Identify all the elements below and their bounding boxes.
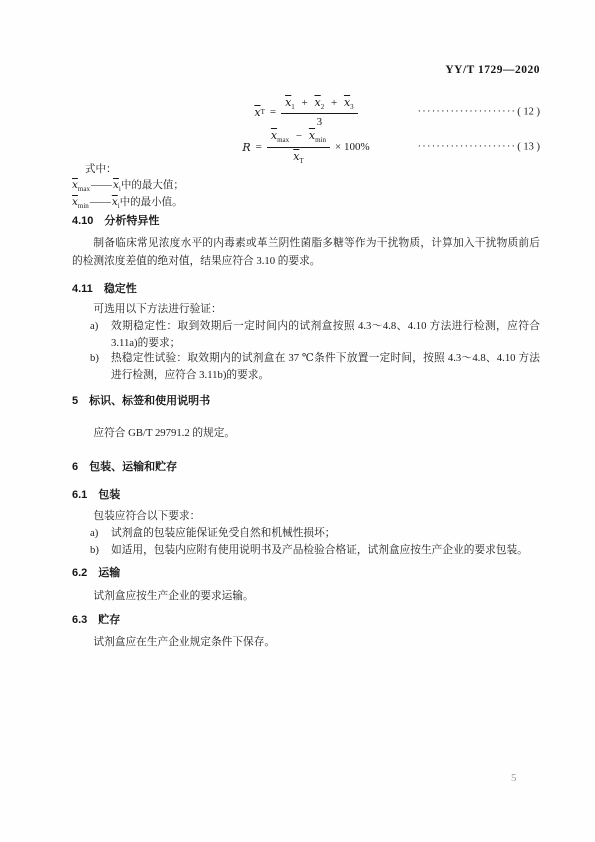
xbar-max-sub: max [277,137,289,145]
equals-sign: = [251,141,267,153]
formula-12: xT = x1 + x2 + x3 3 ····················… [72,94,540,130]
section-title: 标识、标签和使用说明书 [89,395,210,407]
list-item-label: b) [90,542,111,559]
section-title: 分析特异性 [104,215,159,227]
formula-13-expression: R = xmax − xmin xT × 100% [242,129,369,164]
symbol-definition-max: xmax——xi中的最大值； [72,177,184,193]
section-title: 包装 [98,489,120,501]
document-page: YY/T 1729—2020 xT = x1 + x2 + x3 3 ·····… [0,0,595,842]
page-number: 5 [511,772,517,784]
definition-dash: —— [90,180,113,191]
section-4-11-intro: 可选用以下方法进行验证： [72,300,540,318]
fraction-13-numerator: xmax − xmin [267,129,330,147]
xbar-min-sub: min [78,202,89,210]
xbar3-sub: 3 [350,103,354,111]
formula-13-leader: ·····················( 13 ) [418,142,540,153]
section-heading-6-2: 6.2运输 [72,564,540,580]
times-100-percent: × 100% [330,141,370,153]
section-number: 6.1 [72,489,87,501]
definition-dash: —— [89,197,112,208]
section-title: 运输 [98,567,120,579]
formula-12-number: ( 12 ) [516,107,540,118]
section-6-1-intro: 包装应符合以下要求： [72,507,540,525]
equals-sign: = [265,106,281,118]
leader-dots: ····················· [418,142,517,153]
list-item-text: 试剂盒的包装应能保证免受自然和机械性损坏； [111,525,540,542]
xbar-min-sub: min [315,137,326,145]
minus-sign: − [292,130,306,142]
fraction-13-denominator: xT [267,148,330,165]
section-heading-4-10: 4.10分析特异性 [72,212,540,228]
list-item-label: a) [90,525,111,542]
list-item-a: a) 效期稳定性：取到效期后一定时间内的试剂盒按照 4.3～4.8、4.10 方… [90,318,540,351]
section-title: 贮存 [98,614,120,626]
xbar1-sub: 1 [291,103,295,111]
section-5-body: 应符合 GB/T 29791.2 的规定。 [72,424,540,442]
where-intro: 式中： [85,161,117,176]
xbar-T-sub: T [299,157,303,165]
leader-dots: ····················· [418,107,517,118]
section-6-2-body: 试剂盒应按生产企业的要求运输。 [72,587,540,605]
fraction-13: xmax − xmin xT [267,129,330,164]
fraction-12-numerator: x1 + x2 + x3 [281,96,358,114]
plus-sign: + [327,97,341,109]
list-item-label: b) [90,350,111,383]
list-item-b: b) 如适用，包装内应附有使用说明书及产品检验合格证，试剂盒应按生产企业的要求包… [90,542,540,559]
section-title: 稳定性 [104,283,137,295]
formula-13: R = xmax − xmin xT × 100% ··············… [72,129,540,165]
list-item-label: a) [90,318,111,351]
list-item-text: 效期稳定性：取到效期后一定时间内的试剂盒按照 4.3～4.8、4.10 方法进行… [111,318,540,351]
standard-number-header: YY/T 1729—2020 [445,64,540,76]
xbar-max-sub: max [78,185,90,193]
formula-12-leader: ·····················( 12 ) [418,107,540,118]
section-4-10-body: 制备临床常见浓度水平的内毒素或革兰阴性菌脂多糖等作为干扰物质，计算加入干扰物质前… [72,234,540,270]
list-item-b: b) 热稳定性试验：取效期内的试剂盒在 37 ℃条件下放置一定时间，按照 4.3… [90,350,540,383]
section-heading-6-3: 6.3贮存 [72,611,540,627]
symbol-definition-min: xmin——xi中的最小值。 [72,194,183,210]
list-item-text: 如适用，包装内应附有使用说明书及产品检验合格证，试剂盒应按生产企业的要求包装。 [111,542,540,559]
section-number: 5 [72,395,78,407]
section-heading-6: 6包装、运输和贮存 [72,458,540,474]
formula-12-expression: xT = x1 + x2 + x3 3 [254,96,357,128]
section-number: 6.2 [72,567,87,579]
section-heading-4-11: 4.11稳定性 [72,280,540,296]
formula-13-number: ( 13 ) [516,142,540,153]
section-6-3-body: 试剂盒应在生产企业规定条件下保存。 [72,633,540,651]
list-item-a: a) 试剂盒的包装应能保证免受自然和机械性损坏； [90,525,540,542]
section-heading-5: 5标识、标签和使用说明书 [72,392,540,408]
plus-sign: + [298,97,312,109]
definition-text: 中的最大值； [121,180,184,191]
section-number: 6 [72,461,78,473]
section-number: 6.3 [72,614,87,626]
definition-text: 中的最小值。 [120,197,183,208]
R-var: R [242,141,250,154]
xbar2-sub: 2 [321,103,325,111]
section-number: 4.10 [72,215,93,227]
section-number: 4.11 [72,283,93,295]
section-title: 包装、运输和贮存 [89,461,177,473]
fraction-12-denominator: 3 [281,114,358,128]
fraction-12: x1 + x2 + x3 3 [281,96,358,128]
section-heading-6-1: 6.1包装 [72,486,540,502]
list-item-text: 热稳定性试验：取效期内的试剂盒在 37 ℃条件下放置一定时间，按照 4.3～4.… [111,350,540,383]
